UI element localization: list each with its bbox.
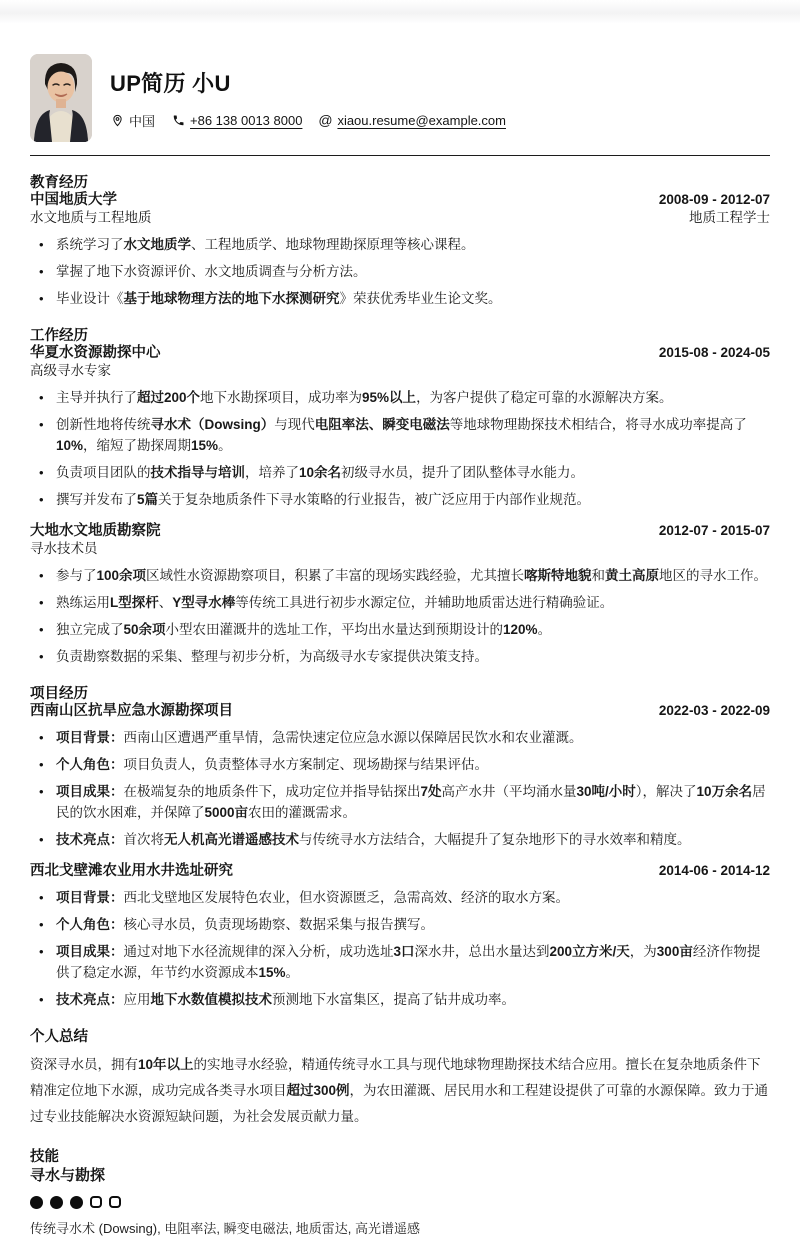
work-entry: 华夏水资源勘探中心 2015-08 - 2024-05 高级寻水专家 主导并执行… [30, 345, 770, 510]
work-date: 2012-07 - 2015-07 [659, 523, 770, 539]
section-summary: 个人总结 资深寻水员，拥有10年以上的实地寻水经验，精通传统寻水工具与现代地球物… [30, 1030, 770, 1130]
bullet-item: 项目背景：西南山区遭遇严重旱情，急需快速定位应急水源以保障居民饮水和农业灌溉。 [30, 727, 770, 748]
email-text: xiaou.resume@example.com [337, 113, 506, 128]
phone-icon [171, 113, 185, 127]
profile-photo-illustration [30, 54, 92, 142]
skill-items: 传统寻水术 (Dowsing), 电阻率法, 瞬变电磁法, 地质雷达, 高光谱遥… [30, 1218, 770, 1237]
bullet-item: 主导并执行了超过200个地下水勘探项目，成功率为95%以上，为客户提供了稳定可靠… [30, 387, 770, 408]
profile-photo [30, 54, 92, 142]
header-divider [30, 155, 770, 156]
work-date: 2015-08 - 2024-05 [659, 345, 770, 361]
map-pin-icon [110, 113, 124, 127]
resume-page: UP简历 小U 中国 +86 138 0013 8000 [0, 0, 800, 1237]
header-info: UP简历 小U 中国 +86 138 0013 8000 [110, 67, 506, 130]
candidate-name: UP简历 小U [110, 67, 506, 98]
job-title: 高级寻水专家 [30, 363, 111, 379]
project-entry: 西南山区抗旱应急水源勘探项目 2022-03 - 2022-09 项目背景：西南… [30, 703, 770, 850]
bullet-item: 负责勘察数据的采集、整理与初步分析，为高级寻水专家提供决策支持。 [30, 646, 770, 667]
education-date: 2008-09 - 2012-07 [659, 192, 770, 208]
work-entry: 大地水文地质勘察院 2012-07 - 2015-07 寻水技术员 参与了100… [30, 523, 770, 667]
phone-text: +86 138 0013 8000 [190, 113, 302, 128]
bullet-item: 系统学习了水文地质学、工程地质学、地球物理勘探原理等核心课程。 [30, 234, 770, 255]
section-projects: 项目经历 西南山区抗旱应急水源勘探项目 2022-03 - 2022-09 项目… [30, 687, 770, 1010]
rating-dot-filled [30, 1196, 43, 1209]
skills-section-title: 技能 [30, 1150, 770, 1165]
project-date: 2014-06 - 2014-12 [659, 863, 770, 879]
bullet-item: 个人角色：核心寻水员，负责现场勘察、数据采集与报告撰写。 [30, 914, 770, 935]
page-top-shadow [0, 0, 800, 24]
bullet-item: 独立完成了50余项小型农田灌溉井的选址工作，平均出水量达到预期设计的120%。 [30, 619, 770, 640]
summary-text: 资深寻水员，拥有10年以上的实地寻水经验，精通传统寻水工具与现代地球物理勘探技术… [30, 1052, 770, 1130]
education-section-title: 教育经历 [30, 176, 770, 191]
bullet-item: 撰写并发布了5篇关于复杂地质条件下寻水策略的行业报告，被广泛应用于内部作业规范。 [30, 489, 770, 510]
bullet-item: 熟练运用L型探杆、Y型寻水棒等传统工具进行初步水源定位，并辅助地质雷达进行精确验… [30, 592, 770, 613]
bullet-item: 掌握了地下水资源评价、水文地质调查与分析方法。 [30, 261, 770, 282]
bullet-item: 参与了100余项区域性水资源勘察项目，积累了丰富的现场实践经验，尤其擅长喀斯特地… [30, 565, 770, 586]
education-bullets: 系统学习了水文地质学、工程地质学、地球物理勘探原理等核心课程。 掌握了地下水资源… [30, 234, 770, 309]
company-name: 华夏水资源勘探中心 [30, 345, 161, 361]
rating-dot-empty [109, 1196, 121, 1208]
section-skills: 技能 寻水与勘探 传统寻水术 (Dowsing), 电阻率法, 瞬变电磁法, 地… [30, 1150, 770, 1237]
contact-row: 中国 +86 138 0013 8000 @ xiaou.resume@exam… [110, 111, 506, 130]
company-name: 大地水文地质勘察院 [30, 523, 161, 539]
education-major: 水文地质与工程地质 [30, 210, 152, 226]
location-text: 中国 [129, 111, 155, 130]
email-link[interactable]: @ xiaou.resume@example.com [318, 113, 506, 128]
section-work: 工作经历 华夏水资源勘探中心 2015-08 - 2024-05 高级寻水专家 … [30, 329, 770, 667]
school-name: 中国地质大学 [30, 192, 117, 208]
projects-section-title: 项目经历 [30, 687, 770, 702]
bullet-item: 个人角色：项目负责人，负责整体寻水方案制定、现场勘探与结果评估。 [30, 754, 770, 775]
summary-section-title: 个人总结 [30, 1030, 770, 1045]
phone-link[interactable]: +86 138 0013 8000 [171, 113, 302, 128]
rating-dot-filled [70, 1196, 83, 1209]
resume-header: UP简历 小U 中国 +86 138 0013 8000 [30, 54, 770, 142]
project-date: 2022-03 - 2022-09 [659, 703, 770, 719]
work-section-title: 工作经历 [30, 329, 770, 344]
location-item: 中国 [110, 111, 155, 130]
bullet-item: 项目成果：通过对地下水径流规律的深入分析，成功选址3口深水井，总出水量达到200… [30, 941, 770, 983]
bullet-item: 技术亮点：首次将无人机高光谱遥感技术与传统寻水方法结合，大幅提升了复杂地形下的寻… [30, 829, 770, 850]
work-bullets: 主导并执行了超过200个地下水勘探项目，成功率为95%以上，为客户提供了稳定可靠… [30, 387, 770, 510]
rating-dot-filled [50, 1196, 63, 1209]
bullet-item: 技术亮点：应用地下水数值模拟技术预测地下水富集区，提高了钻井成功率。 [30, 989, 770, 1010]
bullet-item: 项目背景：西北戈壁地区发展特色农业，但水资源匮乏，急需高效、经济的取水方案。 [30, 887, 770, 908]
project-bullets: 项目背景：西北戈壁地区发展特色农业，但水资源匮乏，急需高效、经济的取水方案。 个… [30, 887, 770, 1010]
bullet-item: 负责项目团队的技术指导与培训，培养了10余名初级寻水员，提升了团队整体寻水能力。 [30, 462, 770, 483]
education-entry: 中国地质大学 2008-09 - 2012-07 水文地质与工程地质 地质工程学… [30, 192, 770, 309]
job-title: 寻水技术员 [30, 541, 98, 557]
skill-group-name: 寻水与勘探 [30, 1167, 770, 1184]
bullet-item: 毕业设计《基于地球物理方法的地下水探测研究》荣获优秀毕业生论文奖。 [30, 288, 770, 309]
rating-dot-empty [90, 1196, 102, 1208]
project-name: 西南山区抗旱应急水源勘探项目 [30, 703, 233, 719]
at-icon: @ [318, 113, 332, 127]
bullet-item: 项目成果：在极端复杂的地质条件下，成功定位并指导钻探出7处高产水井（平均涌水量3… [30, 781, 770, 823]
project-bullets: 项目背景：西南山区遭遇严重旱情，急需快速定位应急水源以保障居民饮水和农业灌溉。 … [30, 727, 770, 850]
project-entry: 西北戈壁滩农业用水井选址研究 2014-06 - 2014-12 项目背景：西北… [30, 863, 770, 1010]
project-name: 西北戈壁滩农业用水井选址研究 [30, 863, 233, 879]
skill-rating [30, 1195, 770, 1209]
work-bullets: 参与了100余项区域性水资源勘察项目，积累了丰富的现场实践经验，尤其擅长喀斯特地… [30, 565, 770, 667]
bullet-item: 创新性地将传统寻水术（Dowsing）与现代电阻率法、瞬变电磁法等地球物理勘探技… [30, 414, 770, 456]
education-degree: 地质工程学士 [689, 210, 770, 226]
section-education: 教育经历 中国地质大学 2008-09 - 2012-07 水文地质与工程地质 … [30, 176, 770, 309]
